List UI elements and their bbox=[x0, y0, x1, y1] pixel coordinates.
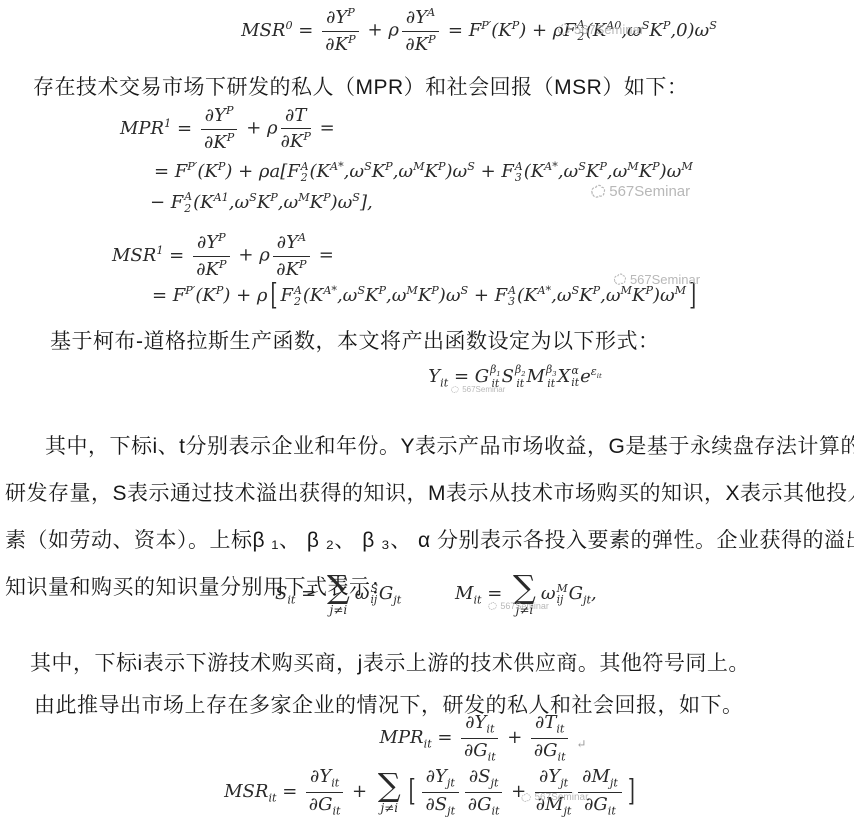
watermark-label: 567Seminar bbox=[500, 601, 549, 611]
formula-mpr1-line2: = FP′(KP) + ρa[FA2(KA*,ωSKP,ωMKP)ωS + FA… bbox=[154, 160, 693, 183]
paragraph-cobb-douglas-intro: 基于柯布-道格拉斯生产函数，本文将产出函数设定为以下形式： bbox=[50, 328, 660, 355]
watermark-label: 567Seminar bbox=[609, 183, 690, 200]
cloud-doodle-icon bbox=[589, 183, 606, 200]
watermark: 567Seminar bbox=[487, 601, 549, 611]
formula-mpr-it: MPRit = ∂Yit∂Git + ∂Tit∂Git↵ bbox=[0, 712, 854, 764]
watermark-label: 567Seminar bbox=[574, 22, 644, 37]
paragraph-line: 知识量和购买的知识量分别用下式表示： bbox=[5, 564, 849, 611]
paragraph-variable-definitions: 其中，下标i、t分别表示企业和年份。Y表示产品市场收益，G是基于永续盘存法计算的… bbox=[5, 423, 849, 611]
paragraph-line: 其中，下标i、t分别表示企业和年份。Y表示产品市场收益，G是基于永续盘存法计算的 bbox=[5, 423, 849, 470]
formula-msr0: MSR0 = ∂YP∂KP + ρ∂YA∂KP = FP′(KP) + ρFA2… bbox=[0, 6, 854, 55]
formula-production-function: Yit = Gβ1itSβ2itMβ3itXαiteεit bbox=[0, 364, 854, 390]
formula-mpr1-line1: MPR1 = ∂YP∂KP + ρ∂T∂KP = bbox=[120, 104, 693, 153]
watermark-label: 567Seminar bbox=[462, 385, 505, 394]
cloud-doodle-icon bbox=[612, 272, 627, 287]
cloud-doodle-icon bbox=[487, 601, 497, 611]
watermark: 567Seminar bbox=[589, 183, 690, 200]
watermark-label: 567Seminar bbox=[630, 272, 700, 287]
formula-msr-it: MSRit = ∂Yit∂Git + ∑j≠i[∂Yjt∂Sjt∂Sjt∂Git… bbox=[0, 766, 854, 818]
paragraph-line: 研发存量，S表示通过技术溢出获得的知识，M表示从技术市场购买的知识，X表示其他投… bbox=[5, 470, 849, 517]
watermark: 567Seminar bbox=[520, 792, 588, 804]
watermark: 567Seminar bbox=[556, 22, 644, 37]
watermark: 567Seminar bbox=[450, 385, 505, 394]
paragraph-line: 素（如劳动、资本）。上标β ₁、 β ₂、 β ₃、 α 分别表示各投入要素的弹… bbox=[5, 517, 849, 564]
cloud-doodle-icon bbox=[450, 385, 459, 394]
formula-msr1: MSR1 = ∂YP∂KP + ρ∂YA∂KP = = FP′(KP) + ρ[… bbox=[112, 231, 699, 308]
document-page: MSR0 = ∂YP∂KP + ρ∂YA∂KP = FP′(KP) + ρFA2… bbox=[0, 0, 854, 838]
cloud-doodle-icon bbox=[520, 792, 532, 804]
cloud-doodle-icon bbox=[556, 22, 571, 37]
paragraph-subscript-explanation: 其中，下标i表示下游技术购买商，j表示上游的技术供应商。其他符号同上。 bbox=[30, 650, 750, 677]
watermark-label: 567Seminar bbox=[535, 792, 589, 803]
formula-spillover-knowledge: Sit = ∑j≠iωSijGjt bbox=[275, 572, 401, 616]
formula-msr1-line2: = FP′(KP) + ρ[FA2(KA*,ωSKP,ωMKP)ωS + FA3… bbox=[152, 284, 699, 307]
watermark: 567Seminar bbox=[612, 272, 700, 287]
paragraph-mpr-msr-intro: 存在技术交易市场下研发的私人（MPR）和社会回报（MSR）如下： bbox=[33, 74, 688, 101]
